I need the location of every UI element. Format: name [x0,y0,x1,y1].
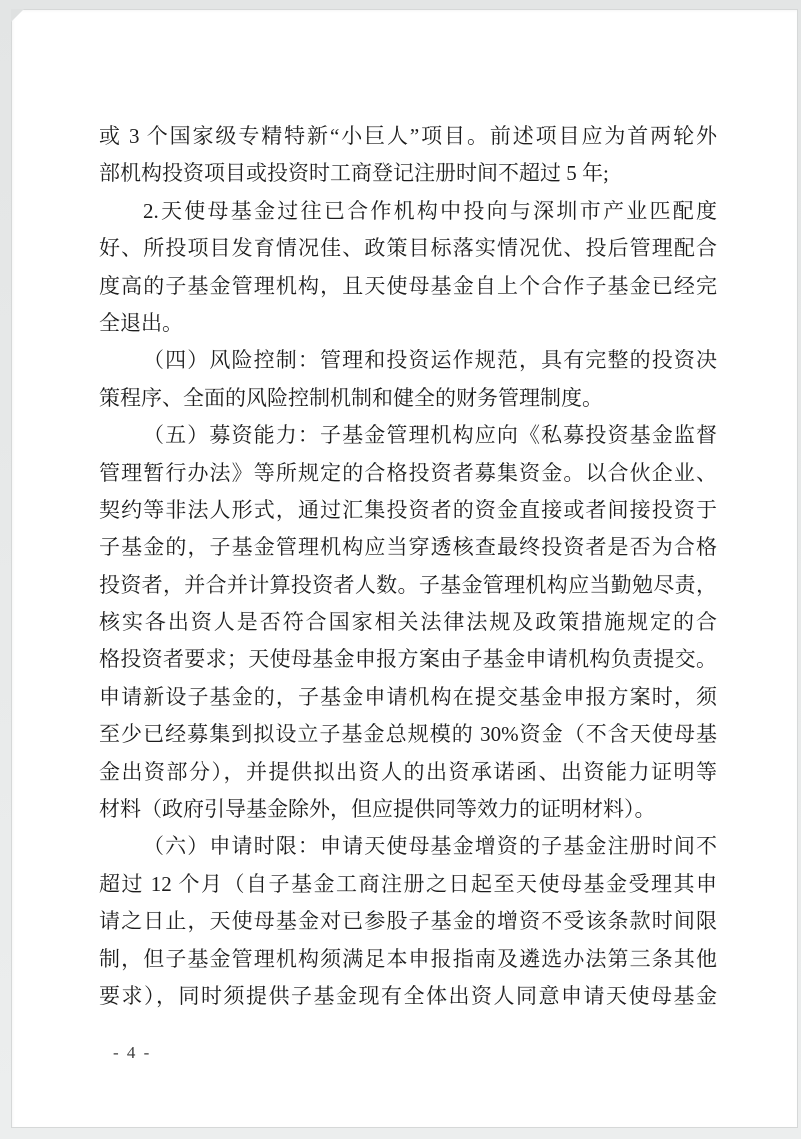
page-number: - 4 - [113,1043,151,1063]
text-line: 或 3 个国家级专精特新“小巨人”项目。前述项目应为首两轮外 [99,118,717,155]
text-line: 管理暂行办法》等所规定的合格投资者募集资金。以合伙企业、 [99,455,717,492]
text-line: 要求），同时须提供子基金现有全体出资人同意申请天使母基金 [99,978,717,1015]
text-line: 请之日止，天使母基金对已参股子基金的增资不受该条款时间限 [99,903,717,940]
text-line: （四）风险控制：管理和投资运作规范，具有完整的投资决 [99,342,717,379]
document-viewer-background: 或 3 个国家级专精特新“小巨人”项目。前述项目应为首两轮外 部机构投资项目或投… [0,0,801,1139]
text-line: 策程序、全面的风险控制机制和健全的财务管理制度。 [99,380,717,417]
text-line: 部机构投资项目或投资时工商登记注册时间不超过 5 年; [99,155,717,192]
text-line: 超过 12 个月（自子基金工商注册之日起至天使母基金受理其申 [99,866,717,903]
text-line: 核实各出资人是否符合国家相关法律法规及政策措施规定的合 [99,604,717,641]
text-line: 材料（政府引导基金除外，但应提供同等效力的证明材料）。 [99,791,717,828]
document-page: 或 3 个国家级专精特新“小巨人”项目。前述项目应为首两轮外 部机构投资项目或投… [11,9,798,1128]
document-text: 或 3 个国家级专精特新“小巨人”项目。前述项目应为首两轮外 部机构投资项目或投… [99,118,717,1015]
text-line: 金出资部分），并提供拟出资人的出资承诺函、出资能力证明等 [99,754,717,791]
text-line: （五）募资能力：子基金管理机构应向《私募投资基金监督 [99,417,717,454]
text-line: （六）申请时限：申请天使母基金增资的子基金注册时间不 [99,828,717,865]
text-line: 子基金的，子基金管理机构应当穿透核查最终投资者是否为合格 [99,529,717,566]
text-line: 至少已经募集到拟设立子基金总规模的 30%资金（不含天使母基 [99,716,717,753]
text-line: 度高的子基金管理机构，且天使母基金自上个合作子基金已经完 [99,268,717,305]
text-line: 好、所投项目发育情况佳、政策目标落实情况优、投后管理配合 [99,230,717,267]
text-line: 契约等非法人形式，通过汇集投资者的资金直接或者间接投资于 [99,492,717,529]
text-line: 全退出。 [99,305,717,342]
text-line: 投资者，并合并计算投资者人数。子基金管理机构应当勤勉尽责， [99,567,717,604]
text-line: 申请新设子基金的，子基金申请机构在提交基金申报方案时，须 [99,679,717,716]
text-line: 2.天使母基金过往已合作机构中投向与深圳市产业匹配度 [99,193,717,230]
text-line: 制，但子基金管理机构须满足本申报指南及遴选办法第三条其他 [99,941,717,978]
text-line: 格投资者要求；天使母基金申报方案由子基金申请机构负责提交。 [99,641,717,678]
